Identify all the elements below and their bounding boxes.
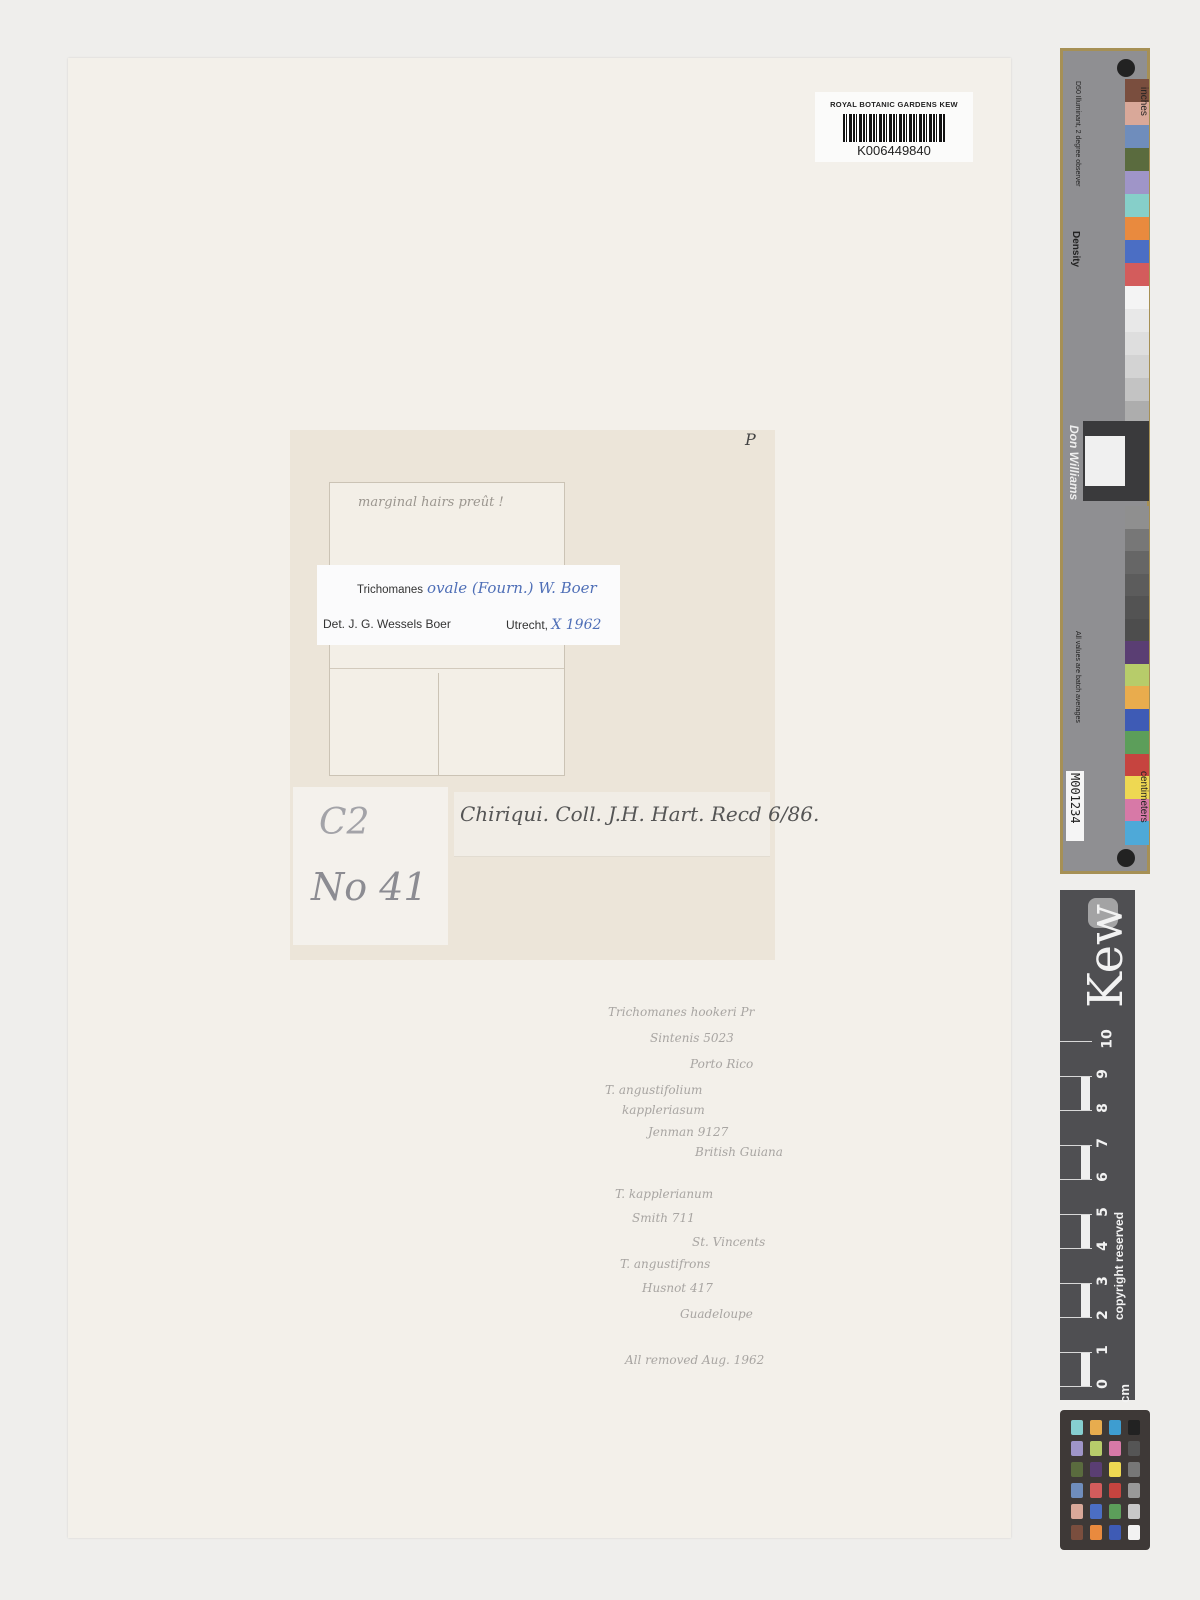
- checker-cell: [1109, 1525, 1121, 1540]
- color-patch: [1125, 286, 1149, 310]
- color-patch: [1125, 821, 1149, 845]
- determination-place-date: Utrecht, X 1962: [506, 617, 601, 633]
- checker-cell: [1128, 1462, 1140, 1477]
- ruler-segment: [1081, 1283, 1090, 1318]
- pencil-note-line: Trichomanes hookeri Pr: [608, 1005, 754, 1019]
- ruler-ticks: [1060, 1038, 1092, 1386]
- determiner: Det. J. G. Wessels Boer: [323, 617, 451, 631]
- color-patch: [1125, 731, 1149, 755]
- determination-date: X 1962: [551, 617, 601, 633]
- barcode-label: ROYAL BOTANIC GARDENS KEW K006449840: [815, 92, 973, 162]
- locality-slip: Chiriqui. Coll. J.H. Hart. Recd 6/86.: [454, 792, 770, 857]
- color-patch: [1125, 551, 1149, 575]
- envelope-fold: [438, 673, 439, 775]
- ruler-tick: [1060, 1386, 1092, 1387]
- color-patch: [1125, 574, 1149, 598]
- color-patch: [1125, 529, 1149, 553]
- color-patch: [1125, 332, 1149, 356]
- ruler-tick: [1060, 1076, 1092, 1077]
- checker-cell: [1090, 1483, 1102, 1498]
- pencil-note-line: All removed Aug. 1962: [625, 1353, 764, 1367]
- checker-cell: [1071, 1504, 1083, 1519]
- pencil-note-line: T. angustifolium: [605, 1083, 702, 1097]
- barcode-number: K006449840: [815, 143, 973, 158]
- color-patch: [1125, 240, 1149, 264]
- number-slip-line2: No 41: [311, 865, 428, 909]
- checker-cell: [1128, 1483, 1140, 1498]
- pencil-note-line: T. angustifrons: [620, 1257, 710, 1271]
- ruler-tick: [1060, 1283, 1092, 1284]
- ruler-number: 0: [1095, 1379, 1111, 1389]
- pencil-note-line: Husnot 417: [642, 1281, 713, 1295]
- checker-cell: [1128, 1441, 1140, 1456]
- pencil-note-line: T. kapplerianum: [615, 1187, 713, 1201]
- checker-cell: [1109, 1441, 1121, 1456]
- copyright-label: copyright reserved: [1112, 1212, 1126, 1320]
- color-patch: [1125, 171, 1149, 195]
- color-patch: [1125, 709, 1149, 733]
- kew-scale-ruler: Kew copyright reserved cm 012345678910: [1060, 890, 1135, 1400]
- pencil-note-line: Porto Rico: [690, 1057, 753, 1071]
- determination-place: Utrecht,: [506, 618, 548, 632]
- pencil-note-line: Sintenis 5023: [650, 1031, 734, 1045]
- checker-cell: [1071, 1462, 1083, 1477]
- pencil-note-line: kappleriasum: [622, 1103, 705, 1117]
- centimeters-label: centimeters: [1138, 771, 1149, 823]
- species-handwritten: ovale (Fourn.) W. Boer: [427, 579, 597, 597]
- specimen-packet: P marginal hairs preût ! Trichomanesoval…: [290, 430, 775, 960]
- inches-label: inches: [1138, 87, 1149, 116]
- checker-cell: [1090, 1462, 1102, 1477]
- ruler-segment: [1081, 1145, 1090, 1180]
- ruler-number: 2: [1095, 1310, 1111, 1320]
- ruler-number: 8: [1095, 1103, 1111, 1113]
- barcode-icon: [843, 114, 945, 142]
- ruler-tick: [1060, 1145, 1092, 1146]
- determination-label: Trichomanesovale (Fourn.) W. Boer Det. J…: [317, 565, 620, 645]
- envelope-pencil-note: marginal hairs preût !: [358, 495, 504, 510]
- checker-cell: [1109, 1504, 1121, 1519]
- unit-label: cm: [1117, 1384, 1132, 1403]
- pencil-note-line: Smith 711: [632, 1211, 695, 1225]
- pencil-note-line: St. Vincents: [692, 1235, 765, 1249]
- registration-dot: [1117, 849, 1135, 867]
- pencil-note-line: British Guiana: [695, 1145, 783, 1159]
- color-calibration-bar: inches D50 Illuminant, 2 degree observer…: [1060, 48, 1150, 874]
- ruler-number: 9: [1095, 1069, 1111, 1079]
- ruler-number: 4: [1095, 1241, 1111, 1251]
- checker-cell: [1109, 1420, 1121, 1435]
- ruler-tick: [1060, 1214, 1092, 1215]
- checker-cell: [1128, 1525, 1140, 1540]
- color-patch: [1125, 194, 1149, 218]
- density-label: Density: [1070, 231, 1081, 267]
- checker-cell: [1071, 1420, 1083, 1435]
- checker-cell: [1090, 1420, 1102, 1435]
- ruler-number: 3: [1095, 1276, 1111, 1286]
- checker-cell: [1090, 1441, 1102, 1456]
- color-patch: [1125, 506, 1149, 530]
- color-patch: [1125, 355, 1149, 379]
- kew-logo: Kew: [1078, 904, 1134, 1008]
- ruler-tick: [1060, 1317, 1092, 1318]
- color-patch: [1125, 148, 1149, 172]
- color-patch: [1125, 263, 1149, 287]
- ruler-number: 1: [1095, 1345, 1111, 1355]
- ruler-tick: [1060, 1352, 1092, 1353]
- ruler-number: 6: [1095, 1172, 1111, 1182]
- batch-note: All values are batch averages: [1074, 631, 1081, 723]
- color-patch: [1125, 664, 1149, 688]
- color-patch: [1125, 686, 1149, 710]
- checker-cell: [1071, 1441, 1083, 1456]
- color-patch: [1125, 641, 1149, 665]
- checker-cell: [1071, 1483, 1083, 1498]
- pencil-note-line: Jenman 9127: [648, 1125, 728, 1139]
- color-patch: [1125, 596, 1149, 620]
- ruler-segment: [1081, 1076, 1090, 1111]
- color-patch: [1125, 378, 1149, 402]
- checker-cell: [1128, 1504, 1140, 1519]
- ruler-tick: [1060, 1041, 1092, 1042]
- checker-cell: [1128, 1420, 1140, 1435]
- number-slip-line1: C2: [319, 802, 369, 843]
- brand-label: Don Williams: [1067, 425, 1081, 500]
- bar-code-text: M001234: [1068, 773, 1082, 824]
- pencil-note-line: Guadeloupe: [680, 1307, 753, 1321]
- checker-cell: [1109, 1483, 1121, 1498]
- genus-printed: Trichomanes: [357, 584, 423, 596]
- color-patch: [1125, 125, 1149, 149]
- ruler-tick: [1060, 1248, 1092, 1249]
- checker-cell: [1090, 1504, 1102, 1519]
- locality-text: Chiriqui. Coll. J.H. Hart. Recd 6/86.: [460, 802, 819, 826]
- checker-cell: [1090, 1525, 1102, 1540]
- ruler-tick: [1060, 1110, 1092, 1111]
- number-slip: C2 No 41: [293, 787, 448, 945]
- ruler-number: 5: [1095, 1207, 1111, 1217]
- illuminant-label: D50 Illuminant, 2 degree observer: [1074, 81, 1081, 186]
- color-patch: [1125, 217, 1149, 241]
- determination-taxon: Trichomanesovale (Fourn.) W. Boer: [357, 579, 597, 597]
- institution-name: ROYAL BOTANIC GARDENS KEW: [815, 100, 973, 109]
- gray-wedge-panel: [1085, 436, 1125, 486]
- color-checker-card: [1060, 1410, 1150, 1550]
- ruler-segment: [1081, 1352, 1090, 1387]
- checker-cell: [1071, 1525, 1083, 1540]
- ruler-segment: [1081, 1214, 1090, 1249]
- ruler-number: 7: [1095, 1138, 1111, 1148]
- ruler-tick: [1060, 1179, 1092, 1180]
- color-patch: [1125, 619, 1149, 643]
- ruler-number: 10: [1100, 1029, 1116, 1048]
- registration-dot: [1117, 59, 1135, 77]
- checker-cell: [1109, 1462, 1121, 1477]
- color-patch: [1125, 309, 1149, 333]
- packet-corner-mark: P: [745, 430, 756, 449]
- bar-code-tag: M001234: [1066, 771, 1084, 841]
